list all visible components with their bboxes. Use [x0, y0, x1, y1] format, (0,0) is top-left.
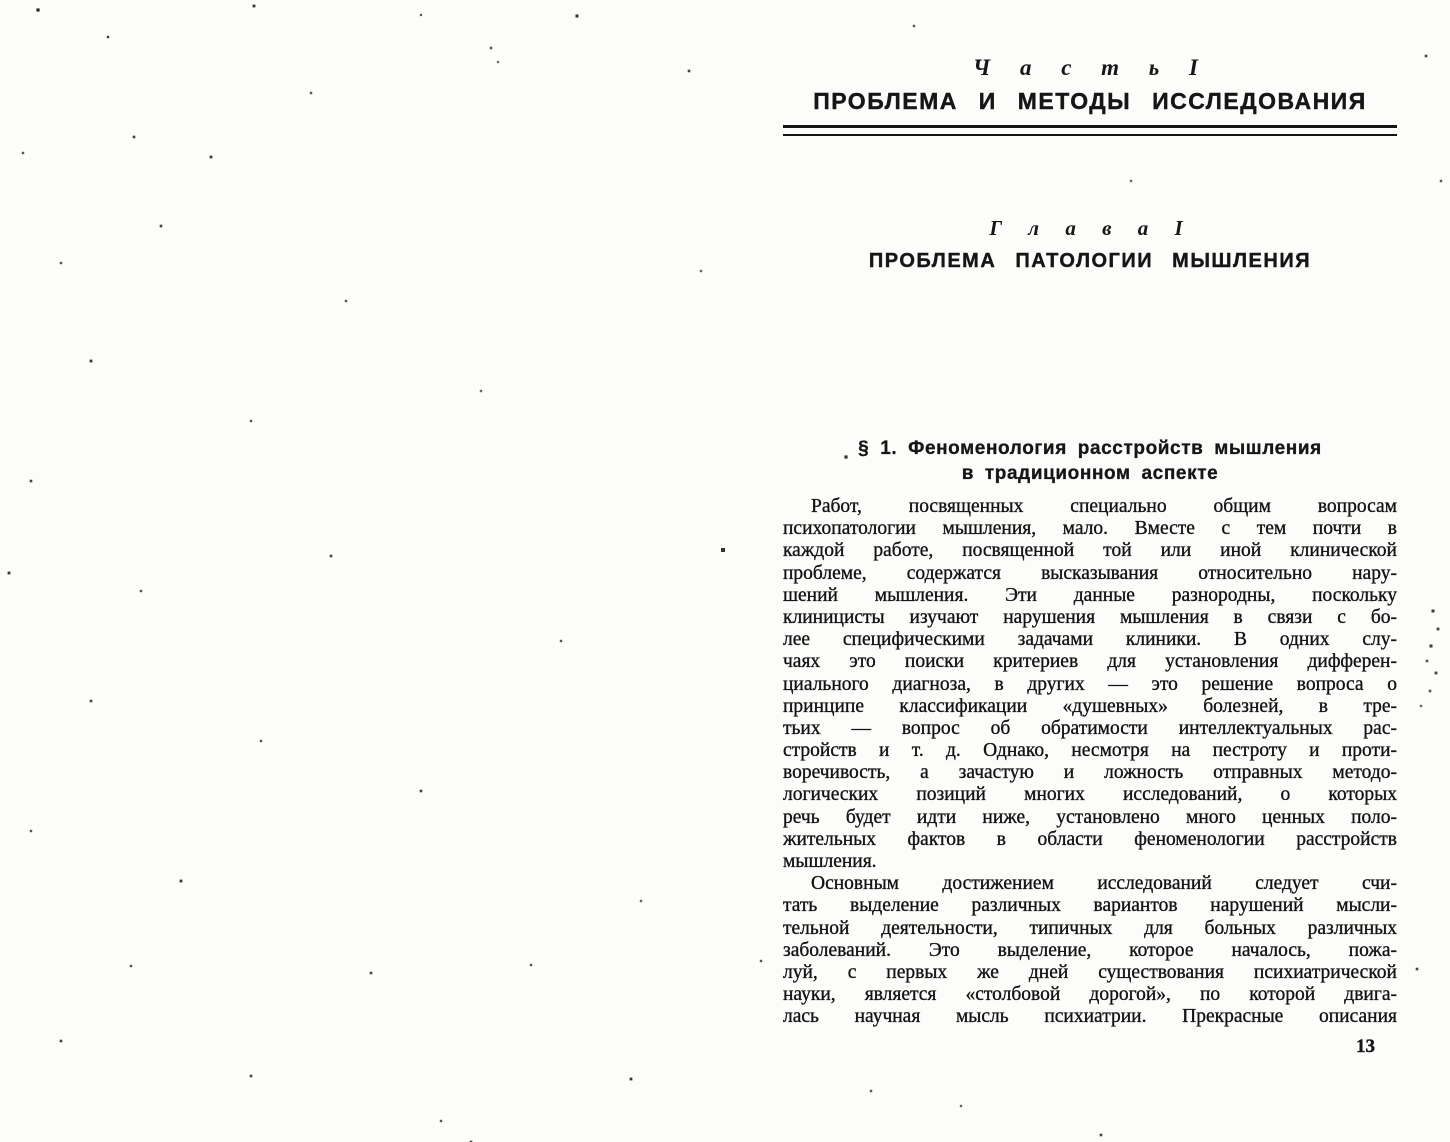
- paragraph1-line: шений мышления. Эти данные разнородны, п…: [783, 585, 1397, 607]
- section-heading-line1: § 1. Феноменология расстройств мышления: [783, 436, 1397, 461]
- paragraph2-line: Основным достижением исследований следуе…: [783, 873, 1397, 895]
- part-label: Ч а с т ь I: [783, 55, 1397, 81]
- chapter-title: ПРОБЛЕМА ПАТОЛОГИИ МЫШЛЕНИЯ: [783, 250, 1397, 273]
- section-heading-line2: в традиционном аспекте: [783, 461, 1397, 486]
- paragraph1-line: мышления.: [783, 851, 1397, 873]
- paragraph1-line: жительных фактов в области феноменологии…: [783, 829, 1397, 851]
- paragraph1-line: клиницисты изучают нарушения мышления в …: [783, 607, 1397, 629]
- paragraph1-line: циального диагноза, в других — это решен…: [783, 674, 1397, 696]
- paragraph1-line: психопатологии мышления, мало. Вместе с …: [783, 518, 1397, 540]
- paragraph1-line: чаях это поиски критериев для установлен…: [783, 651, 1397, 673]
- paragraph1-line: принципе классификации «душевных» болезн…: [783, 696, 1397, 718]
- body-text: Работ, посвященных специально общим вопр…: [783, 496, 1397, 1029]
- paragraph2-line: лась научная мысль психиатрии. Прекрасны…: [783, 1006, 1397, 1028]
- paragraph2-line: тать выделение различных вариантов наруш…: [783, 895, 1397, 917]
- scan-noise-speckles: [0, 0, 2, 2]
- paragraph1-line: речь будет идти ниже, установлено много …: [783, 807, 1397, 829]
- paragraph1-line: Работ, посвященных специально общим вопр…: [783, 496, 1397, 518]
- paragraph2-line: науки, является «столбовой дорогой», по …: [783, 984, 1397, 1006]
- part-title: ПРОБЛЕМА И МЕТОДЫ ИССЛЕДОВАНИЯ: [783, 88, 1397, 115]
- paragraph1-line: лее специфическими задачами клиники. В о…: [783, 629, 1397, 651]
- paragraph2-line: луй, с первых же дней существования псих…: [783, 962, 1397, 984]
- book-page-scan: Ч а с т ь I ПРОБЛЕМА И МЕТОДЫ ИССЛЕДОВАН…: [0, 0, 1450, 1142]
- chapter-label: Г л а в а I: [783, 216, 1397, 241]
- page-number: 13: [1356, 1036, 1375, 1058]
- paragraph2-line: тельной деятельности, типичных для больн…: [783, 918, 1397, 940]
- paragraph1-line: логических позиций многих исследований, …: [783, 784, 1397, 806]
- paragraph1-line: тьих — вопрос об обратимости интеллектуа…: [783, 718, 1397, 740]
- paragraph2-line: заболеваний. Это выделение, которое нача…: [783, 940, 1397, 962]
- paragraph1-line: стройств и т. д. Однако, несмотря на пес…: [783, 740, 1397, 762]
- section-heading: § 1. Феноменология расстройств мышления …: [783, 436, 1397, 486]
- paragraph1-line: каждой работе, посвященной той или иной …: [783, 540, 1397, 562]
- double-rule-divider: [783, 125, 1397, 136]
- paragraph1-line: проблеме, содержатся высказывания относи…: [783, 563, 1397, 585]
- paragraph1-line: воречивость, а зачастую и ложность отпра…: [783, 762, 1397, 784]
